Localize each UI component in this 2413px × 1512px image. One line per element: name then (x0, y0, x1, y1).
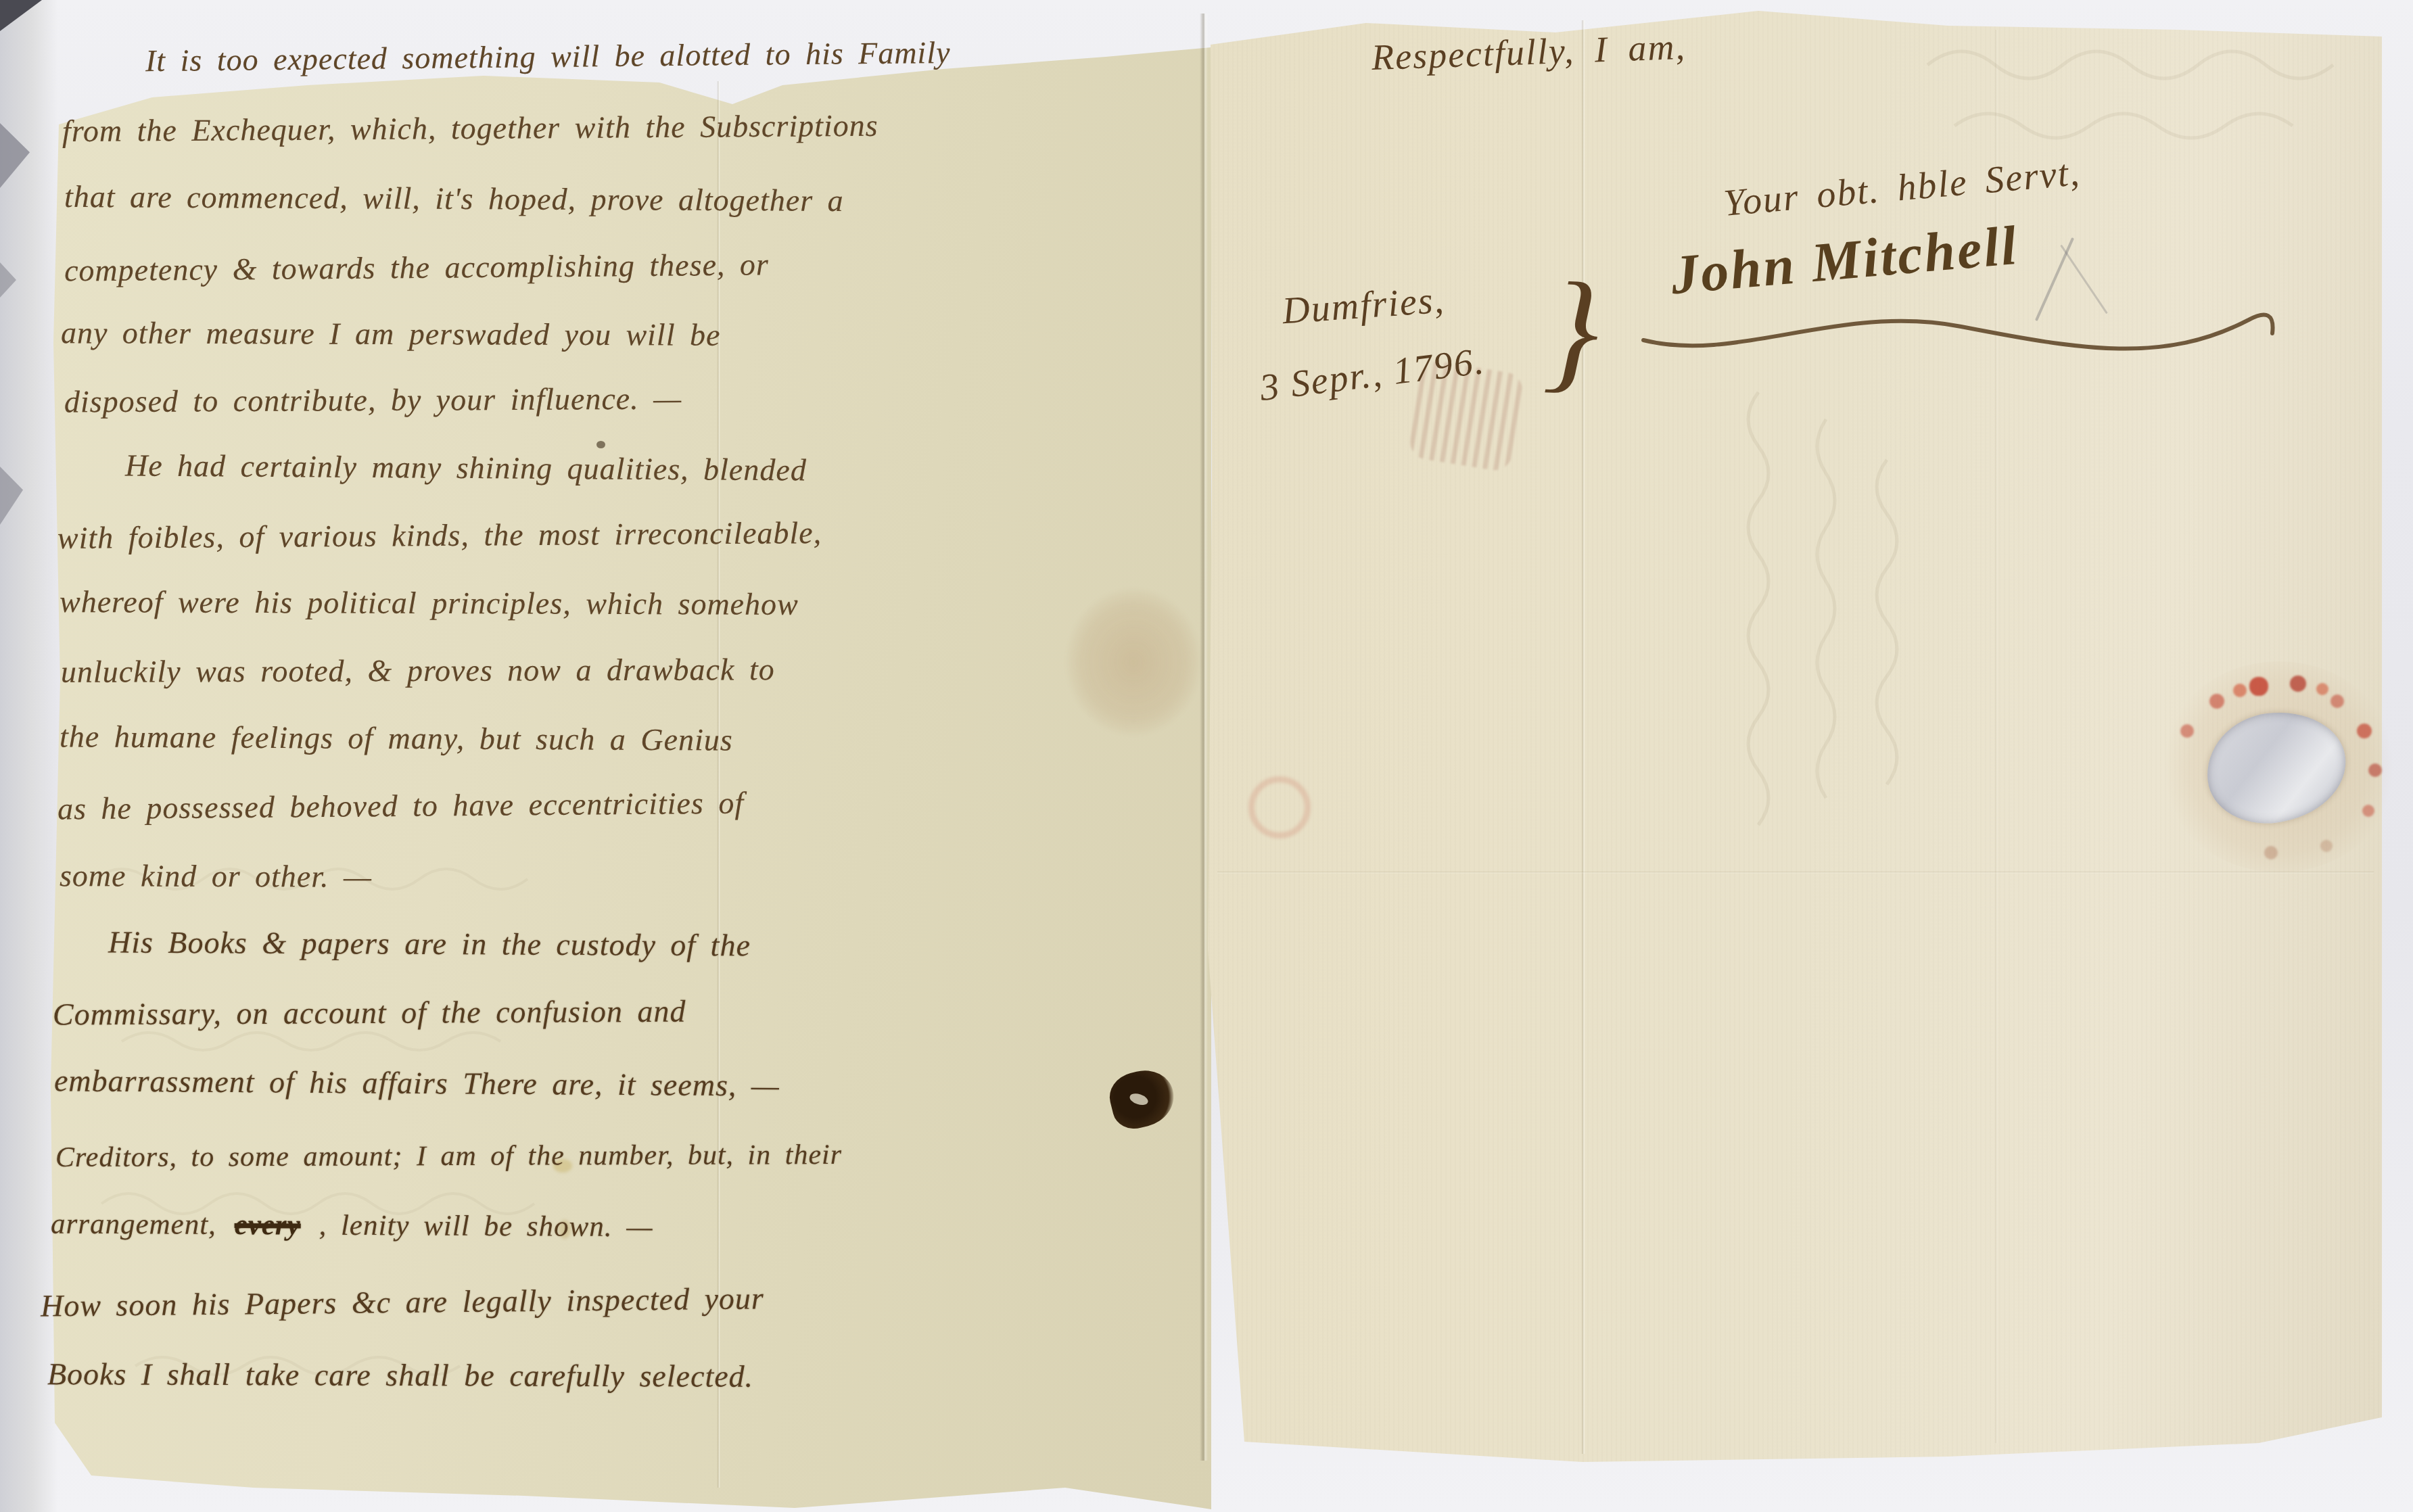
ink-speck (596, 441, 605, 448)
signature-flourish (1637, 289, 2286, 377)
manuscript-line: any other measure I am perswaded you wil… (61, 315, 721, 353)
backdrop-left-edge (0, 0, 58, 1512)
manuscript-line: some kind or other. — (60, 858, 372, 895)
manuscript-line: competency & towards the accomplishing t… (64, 247, 769, 289)
struck-out-word: every (231, 1209, 305, 1242)
page-fold-gap (1200, 14, 1208, 1461)
dateline-brace: } (1542, 252, 1601, 409)
manuscript-line: His Books & papers are in the custody of… (108, 925, 751, 964)
manuscript-line: from the Exchequer, which, together with… (62, 108, 878, 149)
manuscript-line: unluckily was rooted, & proves now a dra… (61, 652, 775, 690)
ghost-writing-showthrough (1914, 24, 2347, 173)
fold-crease (1581, 20, 1585, 1454)
manuscript-line: as he possessed behoved to have eccentri… (57, 786, 745, 828)
manuscript-line: whereof were his political principles, w… (60, 584, 799, 623)
manuscript-line: Books I shall take care shall be careful… (47, 1356, 753, 1395)
line-prefix: arrangement, (51, 1208, 216, 1241)
ghost-writing-showthrough (1677, 379, 1961, 974)
photograph-of-letter: It is too expected something will be alo… (0, 0, 2413, 1512)
manuscript-line: Commissary, on account of the confusion … (53, 994, 686, 1033)
manuscript-line: It is too expected something will be alo… (145, 35, 951, 79)
manuscript-line: How soon his Papers &c are legally inspe… (41, 1281, 764, 1324)
manuscript-line: that are commenced, will, it's hoped, pr… (64, 179, 844, 219)
line-suffix: , lenity will be shown. — (319, 1210, 653, 1244)
manuscript-line: Creditors, to some amount; I am of the n… (55, 1139, 842, 1174)
manuscript-line: embarrassment of his affairs There are, … (54, 1063, 780, 1104)
faint-red-stain (1248, 776, 1311, 838)
manuscript-line: with foibles, of various kinds, the most… (57, 515, 822, 557)
wax-seal-remnant (2168, 668, 2391, 866)
ink-blot-highlight (1129, 1091, 1150, 1107)
manuscript-line: arrangement, every , lenity will be show… (51, 1208, 653, 1244)
manuscript-line: the humane feelings of many, but such a … (60, 719, 733, 758)
manuscript-line: He had certainly many shining qualities,… (125, 448, 807, 488)
manuscript-line: disposed to contribute, by your influenc… (64, 381, 682, 421)
stain (1067, 590, 1200, 734)
